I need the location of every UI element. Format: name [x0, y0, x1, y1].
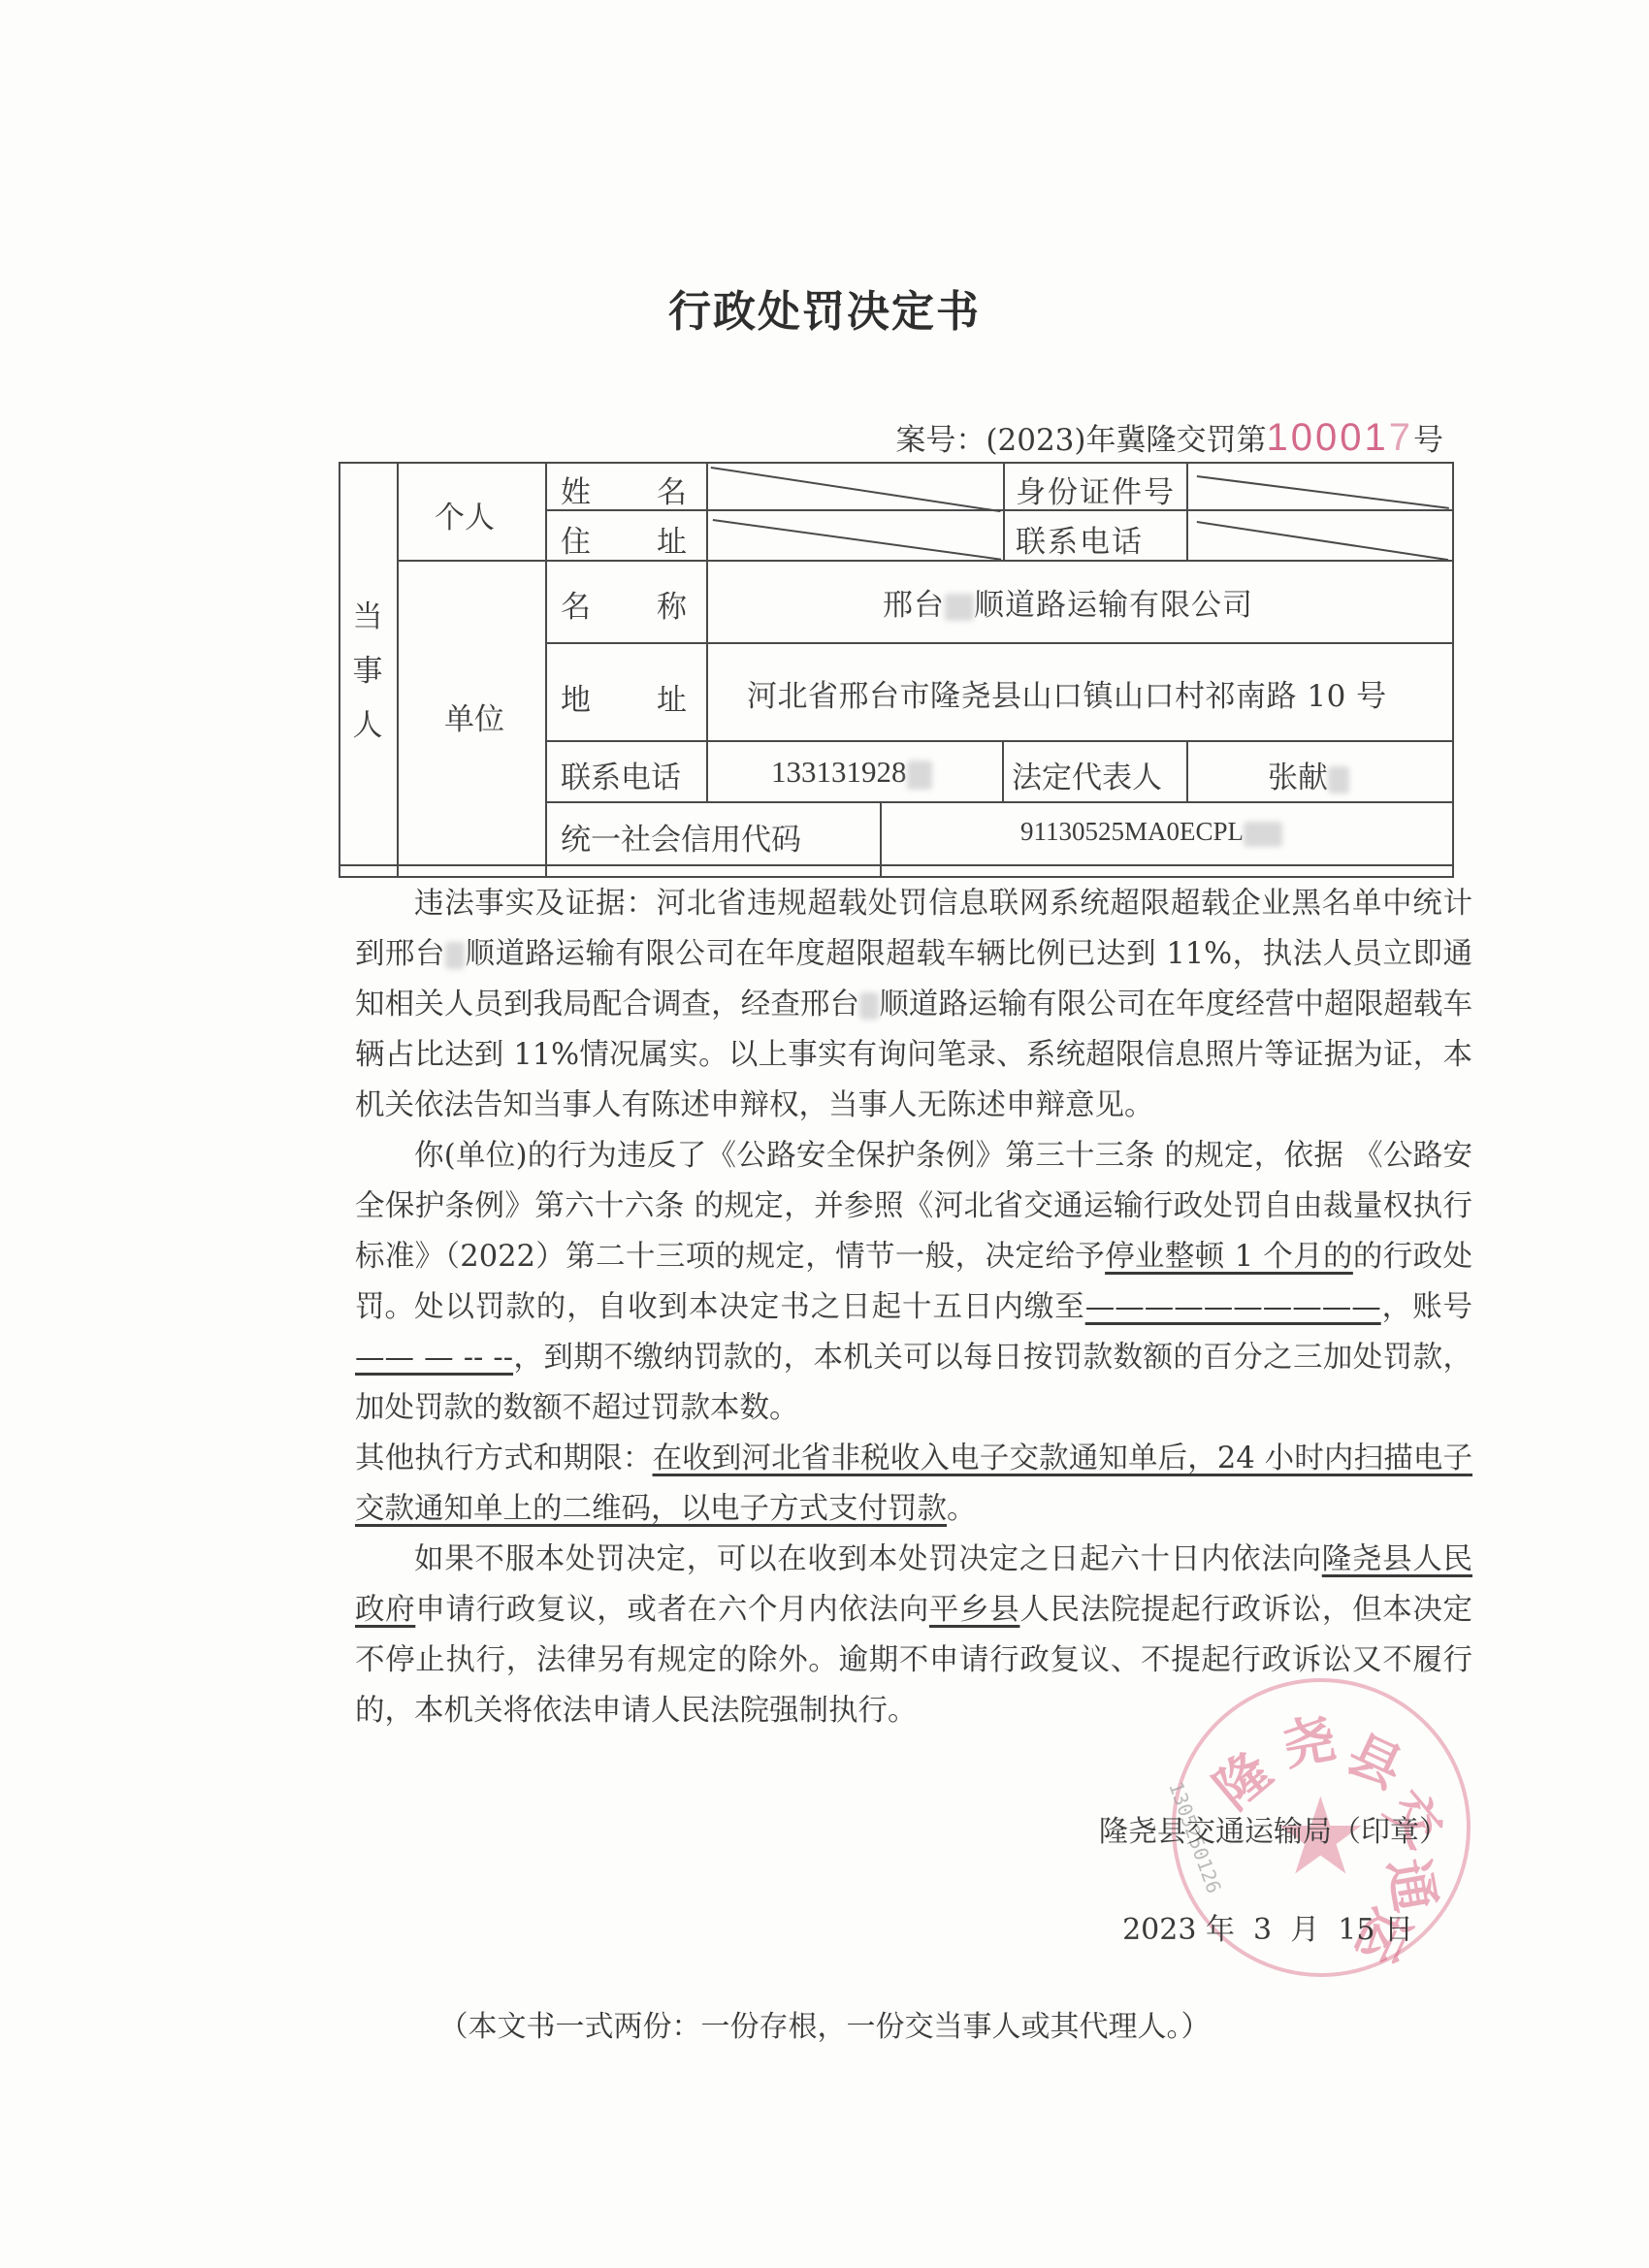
individual-phone-label: 联系电话 [1016, 517, 1144, 561]
redacted-mark [945, 594, 974, 621]
redacted-mark [1328, 766, 1349, 794]
table-divider [1186, 740, 1188, 803]
account-blank: —— — -- -- [355, 1341, 513, 1375]
case-number: 案号：(2023)年冀隆交罚第100017号 [895, 415, 1443, 460]
table-divider [1186, 462, 1188, 562]
court-location: 平乡县 [929, 1593, 1019, 1627]
individual-address-label: 住址 [561, 517, 687, 561]
table-divider [397, 462, 399, 878]
fine-paragraph: 处以罚款的，自收到本决定书之日起十五日内缴至——————————，账号—— — … [355, 1282, 1472, 1434]
unit-phone-value: 133131928 [771, 755, 932, 790]
unit-address-value: 河北省邢台市隆尧县山口镇山口村祁南路 10 号 [747, 671, 1387, 715]
unit-credit-code-label: 统一社会信用代码 [561, 815, 801, 859]
other-execution-paragraph: 其他执行方式和期限：在收到河北省非税收入电子交款通知单后，24 小时内扫描电子交… [355, 1434, 1472, 1535]
table-border-left [339, 462, 340, 878]
unit-label: 单位 [444, 695, 504, 738]
empty-cell-strike [713, 519, 1001, 561]
table-divider [545, 740, 1452, 742]
table-border-bottom [339, 876, 1452, 878]
redacted-mark [907, 761, 932, 790]
table-divider [545, 801, 1452, 803]
table-divider [880, 801, 882, 878]
table-border-right [1452, 462, 1454, 878]
unit-name-label: 名称 [561, 582, 687, 626]
redacted-mark [1244, 822, 1282, 847]
payee-blank: —————————— [1085, 1290, 1381, 1324]
table-divider [339, 864, 1452, 866]
penalty-text: 停业整顿 1 个月的 [1105, 1240, 1353, 1274]
party-group-label: 当事人 [351, 590, 384, 753]
table-divider [1003, 462, 1005, 562]
document-title: 行政处罚决定书 [0, 276, 1649, 339]
individual-id-label: 身份证件号 [1016, 468, 1176, 511]
unit-phone-label: 联系电话 [561, 753, 681, 796]
unit-legal-rep-value: 张献 [1268, 753, 1349, 796]
unit-name-value: 邢台顺道路运输有限公司 [883, 580, 1253, 624]
individual-label: 个人 [435, 493, 495, 536]
issue-date: 2023 年 3 月 15 日 [1122, 1905, 1413, 1948]
facts-paragraph: 违法事实及证据：河北省违规超载处罚信息联网系统超限超载企业黑名单中统计到邢台顺道… [355, 879, 1472, 1131]
case-number-prefix: 案号：(2023)年冀隆交罚第 [895, 423, 1266, 458]
unit-address-label: 地址 [561, 675, 687, 719]
table-border-top [339, 462, 1452, 464]
table-divider [545, 462, 547, 878]
issuer: 隆尧县交通运输局（印章） [1099, 1807, 1448, 1850]
empty-cell-strike [711, 467, 1001, 512]
unit-credit-code-value: 91130525MA0ECPL [1020, 817, 1282, 847]
redacted-mark [445, 942, 465, 969]
footer-note: （本文书一式两份：一份存根，一份交当事人或其代理人。） [0, 2002, 1649, 2045]
empty-cell-strike [1197, 475, 1449, 509]
stamp-char: 尧 [1277, 1698, 1342, 1780]
empty-cell-strike [1197, 521, 1448, 561]
table-divider [397, 560, 1452, 562]
table-divider [545, 642, 1452, 644]
table-divider [706, 462, 708, 803]
case-number-suffix: 号 [1413, 423, 1443, 458]
unit-legal-rep-label: 法定代表人 [1012, 753, 1162, 796]
individual-name-label: 姓名 [561, 468, 687, 511]
table-divider [1002, 740, 1004, 803]
case-number-serial: 10001 [1267, 416, 1389, 459]
redacted-mark [859, 992, 879, 1020]
case-number-serial-partial: 7 [1389, 416, 1413, 459]
